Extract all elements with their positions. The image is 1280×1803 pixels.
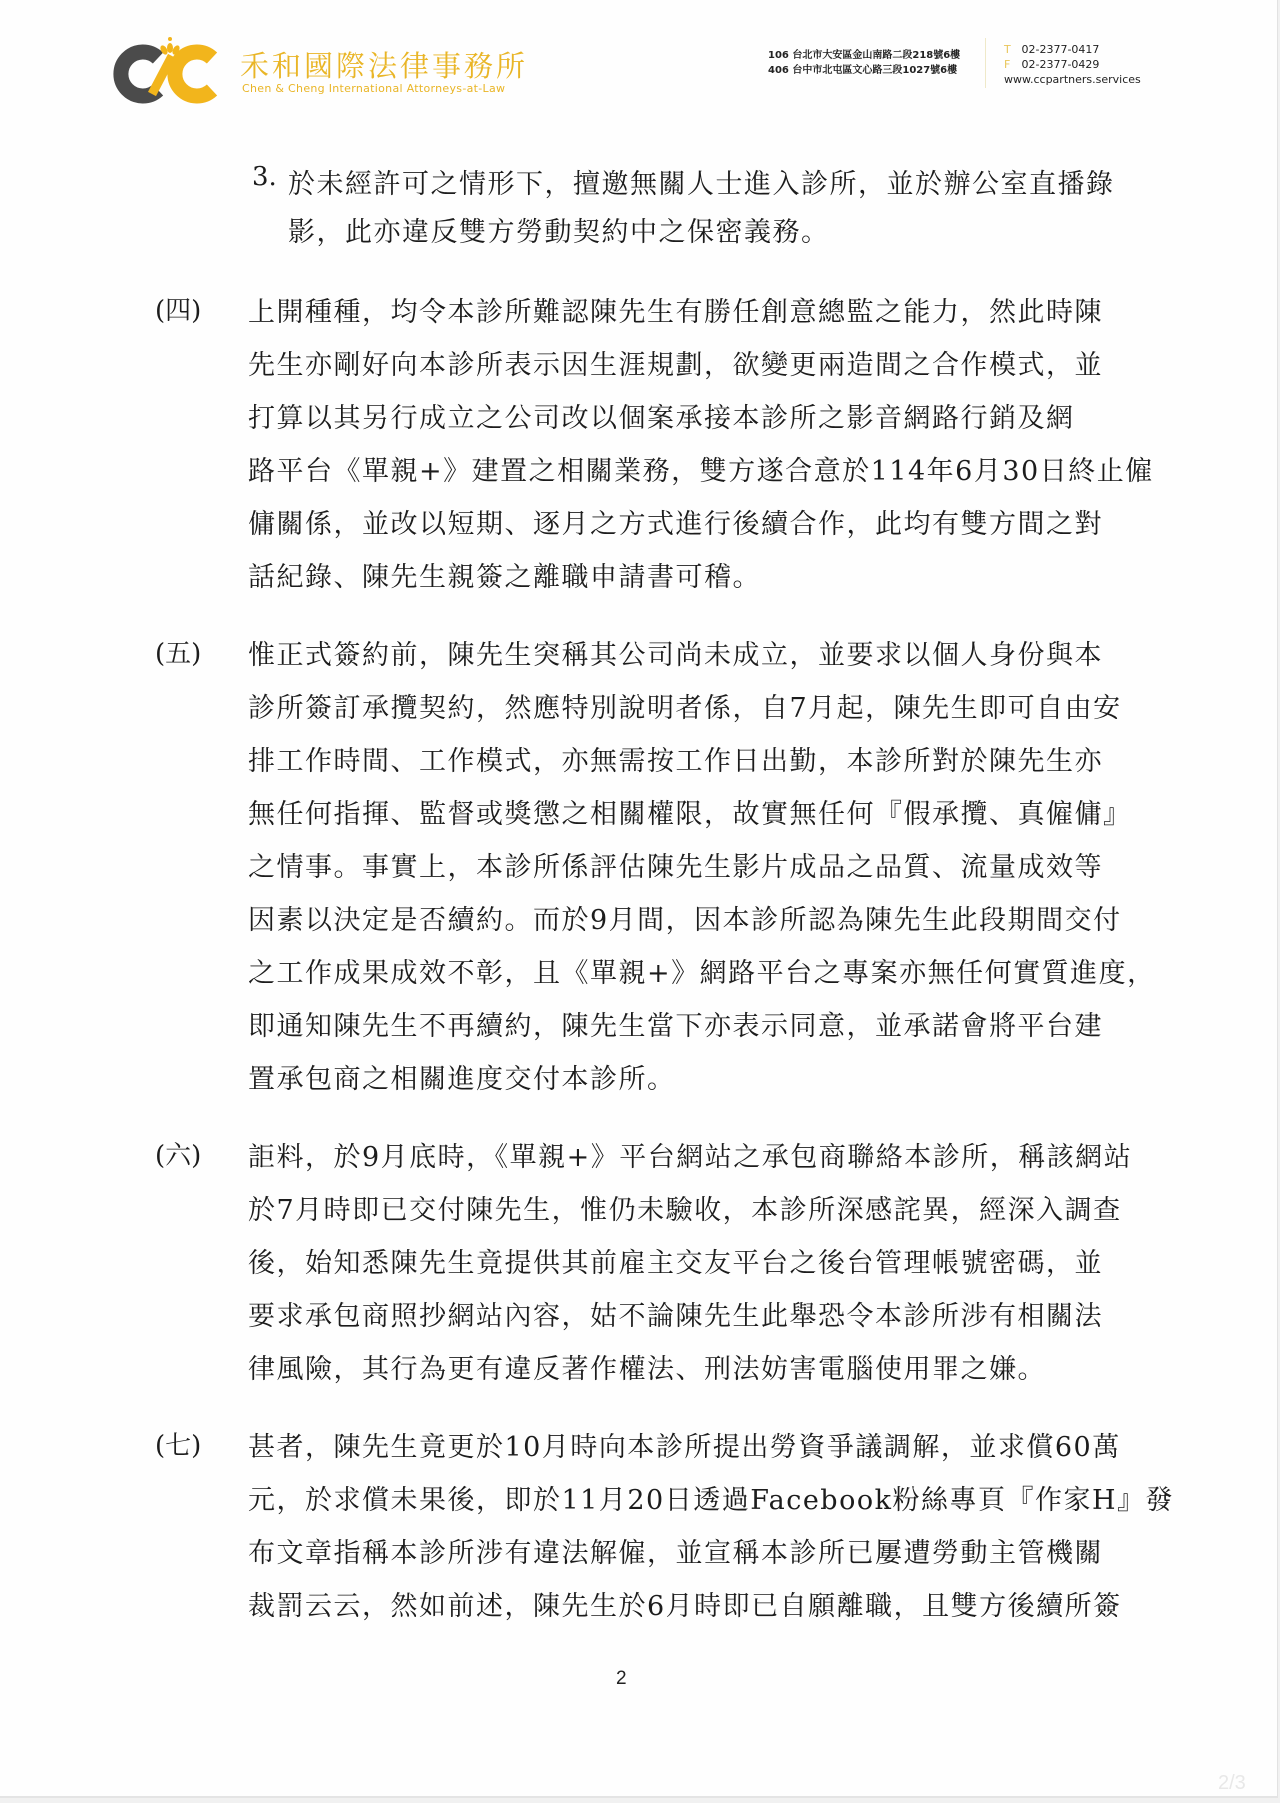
item-label-3: 3.	[252, 162, 277, 192]
office-addresses: 106 台北市大安區金山南路二段218號6樓 406 台中市北屯區文心路三段10…	[768, 48, 960, 78]
address-taichung: 406 台中市北屯區文心路三段1027號6樓	[768, 63, 960, 78]
firm-logo-icon	[100, 28, 230, 108]
fax-label: F	[1004, 57, 1018, 72]
fax-number: 02-2377-0429	[1022, 58, 1100, 71]
text-line: 上開種種，均令本診所難認陳先生有勝任創意總監之能力，然此時陳	[248, 290, 1103, 329]
text-line: 話紀錄、陳先生親簽之離職申請書可稽。	[248, 555, 761, 594]
letterhead: 禾和國際法律事務所 Chen & Cheng International Att…	[0, 0, 1277, 110]
text-line: 後，始知悉陳先生竟提供其前雇主交友平台之後台管理帳號密碼，並	[248, 1241, 1103, 1280]
section-label-4: (四)	[155, 290, 201, 327]
text-line: 傭關係，並改以短期、逐月之方式進行後續合作，此均有雙方間之對	[248, 502, 1103, 541]
text-line: 要求承包商照抄網站內容，姑不論陳先生此舉恐令本診所涉有相關法	[248, 1294, 1103, 1333]
text-line: 惟正式簽約前，陳先生突稱其公司尚未成立，並要求以個人身份與本	[248, 633, 1103, 672]
viewer-page-counter: 2/3	[1218, 1772, 1246, 1795]
text-line: 元，於求償未果後，即於11月20日透過Facebook粉絲專頁『作家H』發	[248, 1478, 1174, 1517]
text-line: 之情事。事實上，本診所係評估陳先生影片成品之品質、流量成效等	[248, 845, 1103, 884]
text-line: 診所簽訂承攬契約，然應特別說明者係，自7月起，陳先生即可自由安	[248, 686, 1122, 725]
text-line: 打算以其另行成立之公司改以個案承接本診所之影音網路行銷及網	[248, 396, 1075, 435]
text-line: 於未經許可之情形下，擅邀無關人士進入診所，並於辦公室直播錄	[288, 162, 1115, 201]
text-line: 裁罰云云，然如前述，陳先生於6月時即已自願離職，且雙方後續所簽	[248, 1584, 1122, 1623]
document-page: 禾和國際法律事務所 Chen & Cheng International Att…	[0, 0, 1278, 1798]
contact-info: T 02-2377-0417 F 02-2377-0429 www.ccpart…	[1004, 42, 1141, 87]
firm-name-cn: 禾和國際法律事務所	[240, 44, 528, 85]
text-line: 詎料，於9月底時，《單親+》平台網站之承包商聯絡本診所，稱該網站	[248, 1135, 1132, 1174]
text-line: 律風險，其行為更有違反著作權法、刑法妨害電腦使用罪之嫌。	[248, 1347, 1046, 1386]
text-line: 布文章指稱本診所涉有違法解僱，並宣稱本診所已屢遭勞動主管機關	[248, 1531, 1103, 1570]
address-taipei: 106 台北市大安區金山南路二段218號6樓	[768, 48, 960, 63]
text-line: 甚者，陳先生竟更於10月時向本診所提出勞資爭議調解，並求償60萬	[248, 1425, 1121, 1464]
website: www.ccpartners.services	[1004, 72, 1141, 87]
text-line: 即通知陳先生不再續約，陳先生當下亦表示同意，並承諾會將平台建	[248, 1004, 1103, 1043]
section-label-7: (七)	[155, 1425, 201, 1462]
text-line: 之工作成果成效不彰，且《單親+》網路平台之專案亦無任何實質進度，	[248, 951, 1156, 990]
text-line: 路平台《單親+》建置之相關業務，雙方遂合意於114年6月30日終止僱	[248, 449, 1154, 488]
text-line: 於7月時即已交付陳先生，惟仍未驗收，本診所深感詫異，經深入調查	[248, 1188, 1122, 1227]
firm-name-en: Chen & Cheng International Attorneys-at-…	[242, 82, 505, 95]
page-number: 2	[616, 1668, 627, 1690]
fax-row: F 02-2377-0429	[1004, 57, 1141, 72]
text-line: 影，此亦違反雙方勞動契約中之保密義務。	[288, 210, 830, 249]
phone-number: 02-2377-0417	[1022, 43, 1100, 56]
text-line: 無任何指揮、監督或獎懲之相關權限，故實無任何『假承攬、真僱傭』	[248, 792, 1132, 831]
section-label-6: (六)	[155, 1135, 201, 1172]
phone-label: T	[1004, 42, 1018, 57]
text-line: 排工作時間、工作模式，亦無需按工作日出勤，本診所對於陳先生亦	[248, 739, 1103, 778]
text-line: 因素以決定是否續約。而於9月間，因本診所認為陳先生此段期間交付	[248, 898, 1122, 937]
phone-row: T 02-2377-0417	[1004, 42, 1141, 57]
text-line: 先生亦剛好向本診所表示因生涯規劃，欲變更兩造間之合作模式，並	[248, 343, 1103, 382]
text-line: 置承包商之相關進度交付本診所。	[248, 1057, 676, 1096]
header-divider	[985, 38, 986, 88]
section-label-5: (五)	[155, 633, 201, 670]
